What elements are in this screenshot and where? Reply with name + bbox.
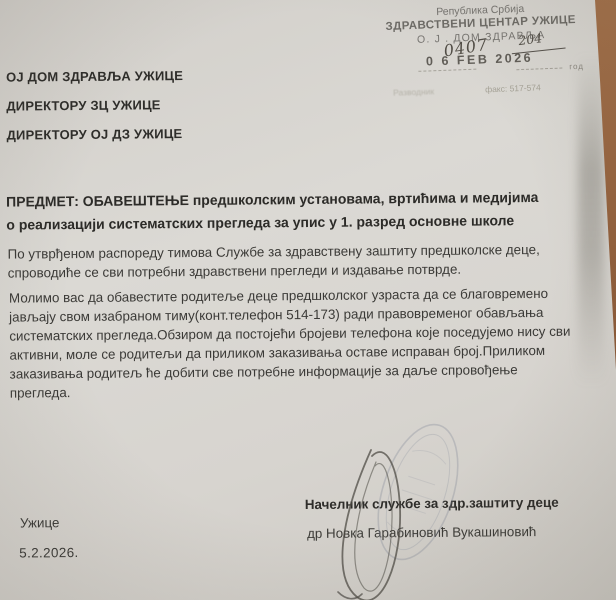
recipient-block: ОЈ ДОМ ЗДРАВЉА УЖИЦЕ ДИРЕКТОРУ ЗЦ УЖИЦЕ … <box>6 61 184 150</box>
letter-content: Република Србија ЗДРАВСТВЕНИ ЦЕНТАР УЖИЦ… <box>0 0 616 600</box>
date-line: 5.2.2026. <box>19 545 79 561</box>
handwritten-protocol-suffix: 204 <box>517 30 543 48</box>
stamp-clerk-label: Разводник <box>393 86 434 97</box>
stamp-fax-number: факс: 517-574 <box>485 82 541 94</box>
signature-title: Начелник службе за здр.заштиту деце <box>305 495 559 512</box>
place-line: Ужице <box>20 515 60 530</box>
document-photo: Република Србија ЗДРАВСТВЕНИ ЦЕНТАР УЖИЦ… <box>0 0 616 600</box>
date-received-stamp: 0 6 FEB 2026 <box>426 51 534 69</box>
recipient-line: ДИРЕКТОРУ ЗЦ УЖИЦЕ <box>6 90 183 121</box>
signatory-name: др Новка Гарабиновић Вукашиновић <box>307 524 536 541</box>
recipient-line: ОЈ ДОМ ЗДРАВЉА УЖИЦЕ <box>6 61 183 92</box>
paragraph-2: Молимо вас да обавестите родитеље деце п… <box>9 284 571 403</box>
paragraph-1: По утврђеном распореду тимова Службе за … <box>8 240 541 283</box>
receipt-stamp: Република Србија ЗДРАВСТВЕНИ ЦЕНТАР УЖИЦ… <box>364 0 600 112</box>
stamp-dotted-line <box>516 68 562 71</box>
stamp-footer-row: Разводник факс: 517-574 <box>367 80 599 89</box>
subject-line: о реализацији систематских прегледа за у… <box>6 209 538 237</box>
stamp-dotted-line <box>418 69 476 72</box>
body-line: спроводиће се сви потребни здравствени п… <box>8 259 540 283</box>
recipient-line: ДИРЕКТОРУ ОЈ ДЗ УЖИЦЕ <box>6 119 183 150</box>
subject-block: ПРЕДМЕТ: ОБАВЕШТЕЊЕ предшколским установ… <box>6 186 539 237</box>
year-label: год <box>569 62 584 72</box>
